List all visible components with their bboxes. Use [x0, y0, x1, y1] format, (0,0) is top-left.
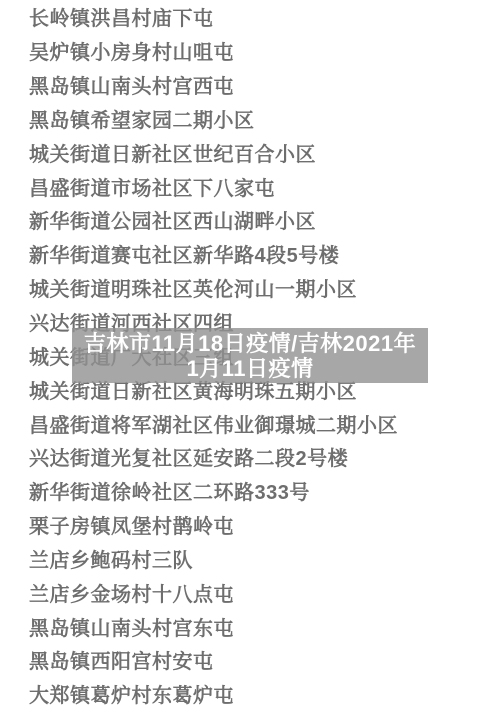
list-item: 新华街道徐岭社区二环路333号: [0, 474, 500, 508]
list-item: 新华街道公园社区西山湖畔小区: [0, 203, 500, 237]
article-image-page: 长岭镇洪昌村庙下屯 吴炉镇小房身村山咀屯 黑岛镇山南头村宫西屯 黑岛镇希望家园二…: [0, 0, 500, 718]
list-item: 兰店乡鲍码村三队: [0, 542, 500, 576]
overlay-title-line-1: 吉林市11月18日疫情/吉林2021年: [84, 331, 416, 356]
list-item: 黑岛镇山南头村宫东屯: [0, 609, 500, 643]
list-item: 大郑镇葛炉村东葛炉屯: [0, 677, 500, 711]
list-item: 兰店乡金场村十八点屯: [0, 575, 500, 609]
list-item: 长岭镇洪昌村庙下屯: [0, 0, 500, 34]
title-overlay-banner: 吉林市11月18日疫情/吉林2021年 1月11日疫情: [72, 328, 428, 383]
list-item: 昌盛街道将军湖社区伟业御璟城二期小区: [0, 406, 500, 440]
list-item: 新华街道赛屯社区新华路4段5号楼: [0, 237, 500, 271]
list-item: 吴炉镇小房身村山咀屯: [0, 34, 500, 68]
list-item: 栗子房镇凤堡村鹊岭屯: [0, 508, 500, 542]
list-item: 黑岛镇山南头村宫西屯: [0, 68, 500, 102]
list-item: 昌盛街道市场社区下八家屯: [0, 169, 500, 203]
list-item: 黑岛镇西阳宫村安屯: [0, 643, 500, 677]
list-item: 兴达街道光复社区延安路二段2号楼: [0, 440, 500, 474]
list-item: 城关街道明珠社区英伦河山一期小区: [0, 271, 500, 305]
list-item: 城关街道日新社区世纪百合小区: [0, 135, 500, 169]
overlay-title-line-2: 1月11日疫情: [187, 356, 314, 381]
list-item: 黑岛镇希望家园二期小区: [0, 102, 500, 136]
